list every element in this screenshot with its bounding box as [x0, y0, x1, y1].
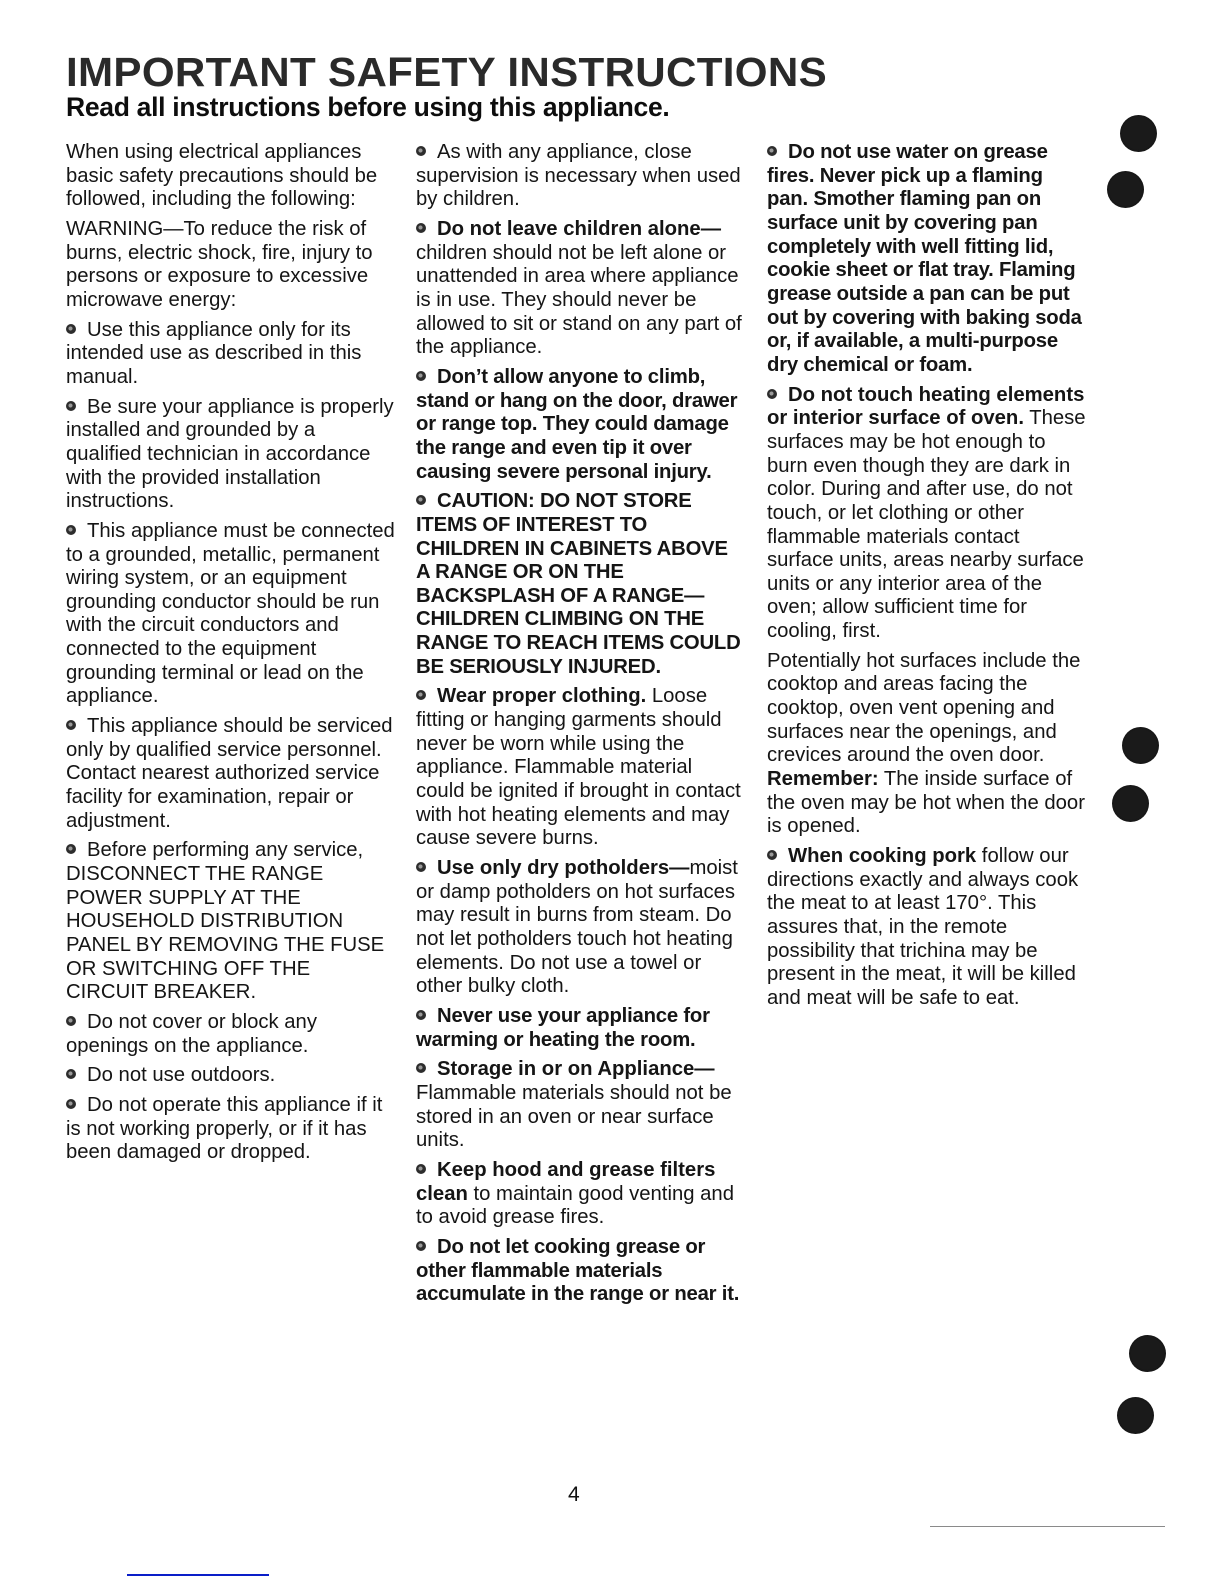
bullet-icon [66, 1069, 76, 1079]
bullet-icon [416, 495, 426, 505]
list-item: Use only dry potholders—moist or damp po… [416, 857, 746, 999]
list-item: Don’t allow anyone to climb, stand or ha… [416, 366, 746, 484]
list-item: Use this appliance only for its intended… [66, 319, 396, 390]
bullet-icon [416, 371, 426, 381]
list-item: Keep hood and grease filters clean to ma… [416, 1159, 746, 1230]
bullet-icon [416, 223, 426, 233]
bullet-icon [66, 525, 76, 535]
bullet-icon [416, 690, 426, 700]
bullet-icon [66, 401, 76, 411]
list-item: Wear proper clothing. Loose fitting or h… [416, 685, 746, 851]
page-title: IMPORTANT SAFETY INSTRUCTIONS [66, 52, 827, 93]
hot-surfaces-paragraph: Potentially hot surfaces include the coo… [767, 650, 1087, 768]
scan-artifact-line [127, 1574, 269, 1576]
punch-hole-icon [1107, 171, 1144, 208]
list-item: Be sure your appliance is properly insta… [66, 396, 396, 514]
list-item: When cooking pork follow our directions … [767, 845, 1087, 1011]
list-item: This appliance should be serviced only b… [66, 715, 396, 833]
bullet-icon [416, 862, 426, 872]
list-item: Do not let cooking grease or other flamm… [416, 1236, 746, 1307]
column-3: Do not use water on grease fires. Never … [767, 141, 1087, 1017]
scan-artifact-line [930, 1526, 1165, 1527]
bullet-icon [416, 1010, 426, 1020]
bullet-icon [416, 1164, 426, 1174]
list-item: Do not operate this appliance if it is n… [66, 1094, 396, 1165]
list-item: Before performing any service, DISCONNEC… [66, 839, 396, 1005]
page-subtitle: Read all instructions before using this … [66, 94, 669, 121]
list-item: Do not cover or block any openings on th… [66, 1011, 396, 1058]
punch-hole-icon [1117, 1397, 1154, 1434]
list-item: Do not use outdoors. [66, 1064, 396, 1088]
bullet-icon [767, 850, 777, 860]
bullet-icon [767, 146, 777, 156]
intro-paragraph: When using electrical appliances basic s… [66, 141, 396, 212]
bullet-icon [416, 146, 426, 156]
bullet-icon [416, 1241, 426, 1251]
punch-hole-icon [1122, 727, 1159, 764]
punch-hole-icon [1120, 115, 1157, 152]
bullet-icon [66, 1099, 76, 1109]
list-item: Do not use water on grease fires. Never … [767, 141, 1087, 378]
bullet-icon [66, 1016, 76, 1026]
remember-paragraph: Remember: The inside surface of the oven… [767, 768, 1087, 839]
list-item: Do not touch heating elements or interio… [767, 384, 1087, 644]
list-item: This appliance must be connected to a gr… [66, 520, 396, 709]
bullet-icon [66, 720, 76, 730]
list-item: Never use your appliance for warming or … [416, 1005, 746, 1052]
warning-paragraph: WARNING—To reduce the risk of burns, ele… [66, 218, 396, 313]
column-1: When using electrical appliances basic s… [66, 141, 396, 1171]
bullet-icon [66, 844, 76, 854]
page-number: 4 [568, 1484, 580, 1505]
list-item: Storage in or on Appliance—Flammable mat… [416, 1058, 746, 1153]
bullet-icon [416, 1063, 426, 1073]
punch-hole-icon [1129, 1335, 1166, 1372]
list-item: Do not leave children alone—children sho… [416, 218, 746, 360]
column-2: As with any appliance, close supervision… [416, 141, 746, 1313]
bullet-icon [66, 324, 76, 334]
punch-hole-icon [1112, 785, 1149, 822]
list-item: As with any appliance, close supervision… [416, 141, 746, 212]
list-item: CAUTION: DO NOT STORE ITEMS OF INTEREST … [416, 490, 746, 679]
bullet-icon [767, 389, 777, 399]
